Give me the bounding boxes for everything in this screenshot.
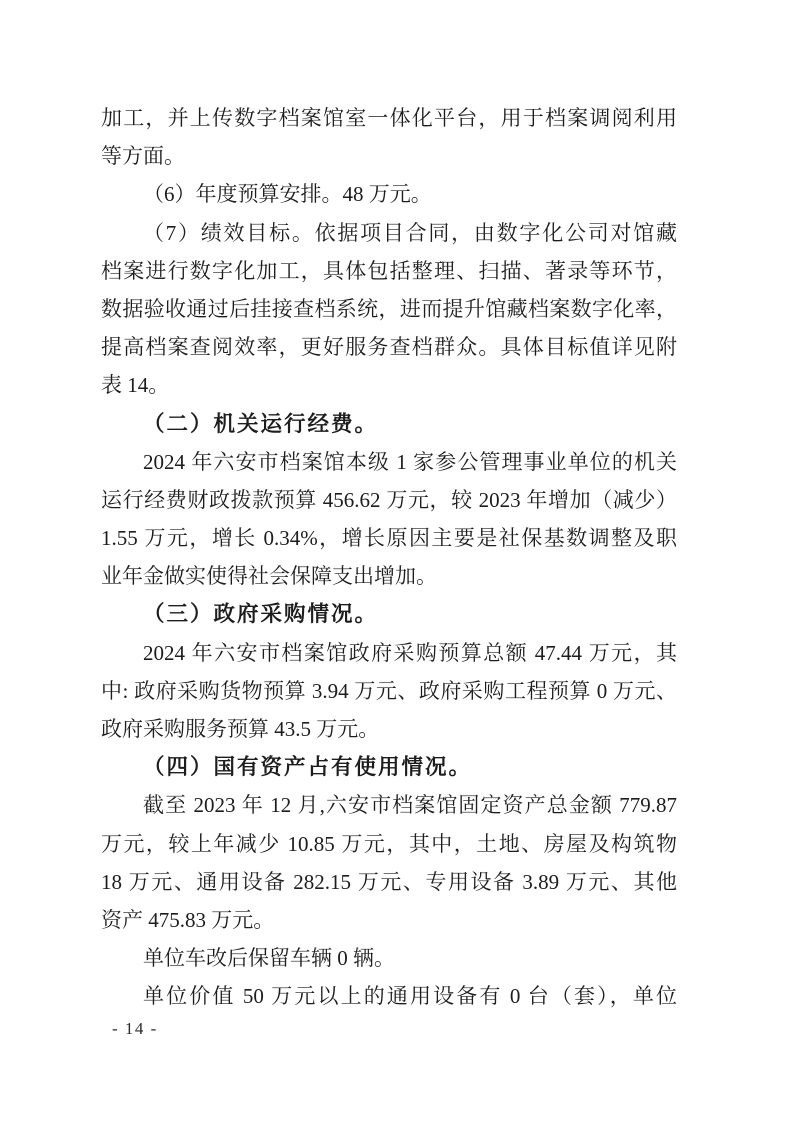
text-line: 18 万元、通用设备 282.15 万元、专用设备 3.89 万元、其他	[101, 863, 677, 901]
paragraph-continuation: 加工，并上传数字档案馆室一体化平台，用于档案调阅利用 等方面。	[101, 99, 677, 175]
text-line: 业年金做实使得社会保障支出增加。	[101, 557, 677, 595]
paragraph-government-procurement: 2024 年六安市档案馆政府采购预算总额 47.44 万元，其 中: 政府采购货…	[101, 634, 677, 749]
text-line: 1.55 万元，增长 0.34%，增长原因主要是社保基数调整及职	[101, 519, 677, 557]
text-line: 万元，较上年减少 10.85 万元，其中，土地、房屋及构筑物	[101, 825, 677, 863]
paragraph-item-7: （7）绩效目标。依据项目合同，由数字化公司对馆藏 档案进行数字化加工，具体包括整…	[101, 214, 677, 405]
text-line: （7）绩效目标。依据项目合同，由数字化公司对馆藏	[101, 214, 677, 252]
text-line: 单位车改后保留车辆 0 辆。	[101, 939, 677, 977]
page-number: - 14 -	[112, 1019, 158, 1039]
section-heading-state-owned-assets: （四）国有资产占有使用情况。	[101, 748, 677, 786]
text-line: 档案进行数字化加工，具体包括整理、扫描、著录等环节，	[101, 252, 677, 290]
text-line: 单位价值 50 万元以上的通用设备有 0 台（套），单位	[101, 977, 677, 1015]
paragraph-operating-expenses: 2024 年六安市档案馆本级 1 家参公管理事业单位的机关 运行经费财政拨款预算…	[101, 443, 677, 596]
text-line: 数据验收通过后挂接查档系统，进而提升馆藏档案数字化率，	[101, 290, 677, 328]
text-line: 2024 年六安市档案馆政府采购预算总额 47.44 万元，其	[101, 634, 677, 672]
text-line: 表 14。	[101, 366, 677, 404]
document-page: 加工，并上传数字档案馆室一体化平台，用于档案调阅利用 等方面。 （6）年度预算安…	[0, 0, 793, 1122]
document-body: 加工，并上传数字档案馆室一体化平台，用于档案调阅利用 等方面。 （6）年度预算安…	[101, 99, 677, 1016]
text-line: 2024 年六安市档案馆本级 1 家参公管理事业单位的机关	[101, 443, 677, 481]
paragraph-state-owned-assets: 截至 2023 年 12 月,六安市档案馆固定资产总金额 779.87 万元，较…	[101, 786, 677, 939]
text-line: 中: 政府采购货物预算 3.94 万元、政府采购工程预算 0 万元、	[101, 672, 677, 710]
section-heading-agency-operating-expenses: （二）机关运行经费。	[101, 405, 677, 443]
paragraph-retained-vehicles: 单位车改后保留车辆 0 辆。	[101, 939, 677, 977]
text-line: 政府采购服务预算 43.5 万元。	[101, 710, 677, 748]
text-line: 等方面。	[101, 137, 677, 175]
paragraph-item-6: （6）年度预算安排。48 万元。	[101, 175, 677, 213]
text-line: （6）年度预算安排。48 万元。	[101, 175, 677, 213]
text-line: 提高档案查阅效率，更好服务查档群众。具体目标值详见附	[101, 328, 677, 366]
text-line: 加工，并上传数字档案馆室一体化平台，用于档案调阅利用	[101, 99, 677, 137]
text-line: 截至 2023 年 12 月,六安市档案馆固定资产总金额 779.87	[101, 786, 677, 824]
section-heading-government-procurement: （三）政府采购情况。	[101, 595, 677, 633]
text-line: 运行经费财政拨款预算 456.62 万元，较 2023 年增加（减少）	[101, 481, 677, 519]
text-line: 资产 475.83 万元。	[101, 901, 677, 939]
paragraph-equipment-over-500k: 单位价值 50 万元以上的通用设备有 0 台（套），单位	[101, 977, 677, 1015]
